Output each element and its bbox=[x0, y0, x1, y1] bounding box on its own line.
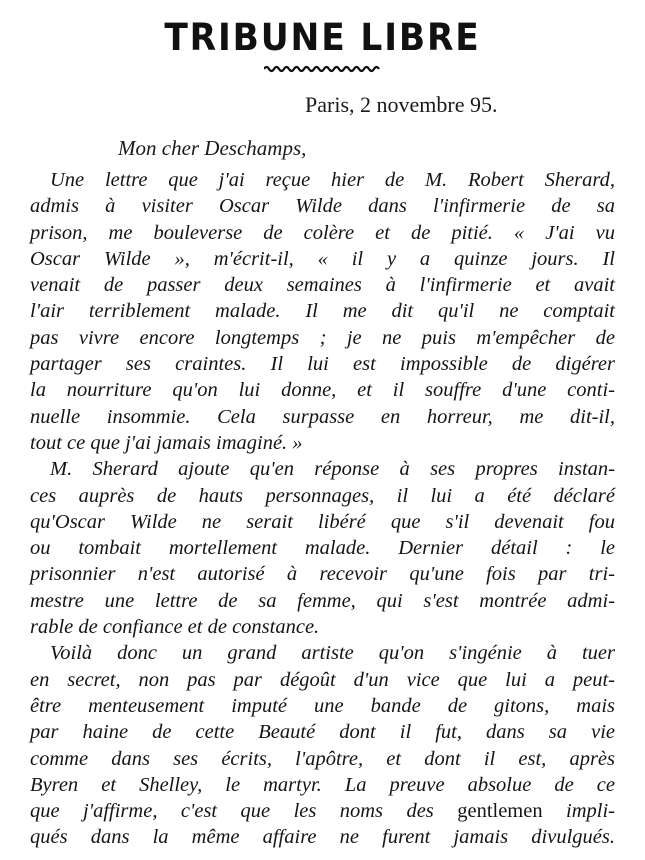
text-line: venait de passer deux semaines à l'infir… bbox=[30, 272, 615, 298]
text-line: ou tombait mortellement malade. Dernier … bbox=[30, 535, 615, 561]
text-line: être menteusement imputé une bande de gi… bbox=[30, 693, 615, 719]
dateline: Paris, 2 novembre 95. bbox=[305, 92, 497, 118]
text-line: prisonnier n'est autorisé à recevoir qu'… bbox=[30, 561, 615, 587]
text-line: prison, me bouleverse de colère et de pi… bbox=[30, 220, 615, 246]
text-line: Voilà donc un grand artiste qu'on s'ingé… bbox=[30, 640, 615, 666]
text-line: partager ses craintes. Il lui est imposs… bbox=[30, 351, 615, 377]
text-line: Une lettre que j'ai reçue hier de M. Rob… bbox=[30, 167, 615, 193]
roman-word: gentlemen bbox=[457, 800, 542, 822]
text-line: que j'affirme, c'est que les noms des ge… bbox=[30, 798, 615, 824]
text-line: ces auprès de hauts personnages, il lui … bbox=[30, 483, 615, 509]
text-line: pas vivre encore longtemps ; je ne puis … bbox=[30, 325, 615, 351]
text-segment: que j'affirme, c'est que les noms des bbox=[30, 800, 457, 822]
text-line: Byren et Shelley, le martyr. La preuve a… bbox=[30, 772, 615, 798]
text-line: qués dans la même affaire ne furent jama… bbox=[30, 824, 615, 850]
text-line: qu'Oscar Wilde ne serait libéré que s'il… bbox=[30, 509, 615, 535]
text-line: en secret, non pas par dégoût d'un vice … bbox=[30, 667, 615, 693]
text-line: tout ce que j'ai jamais imaginé. » bbox=[30, 430, 615, 456]
text-line: rable de confiance et de constance. bbox=[30, 614, 615, 640]
letter-body: Une lettre que j'ai reçue hier de M. Rob… bbox=[30, 167, 615, 851]
text-line: comme dans ses écrits, l'apôtre, et dont… bbox=[30, 746, 615, 772]
wavy-rule-ornament bbox=[264, 64, 380, 74]
text-line: admis à visiter Oscar Wilde dans l'infir… bbox=[30, 193, 615, 219]
page-title: TRIBUNE LIBRE bbox=[23, 16, 623, 59]
text-line: l'air terriblement malade. Il me dit qu'… bbox=[30, 298, 615, 324]
salutation: Mon cher Deschamps, bbox=[118, 136, 306, 161]
text-segment: impli- bbox=[543, 800, 615, 822]
text-line: la nourriture qu'on lui donne, et il sou… bbox=[30, 377, 615, 403]
text-line: mestre une lettre de sa femme, qui s'est… bbox=[30, 588, 615, 614]
text-line: par haine de cette Beauté dont il fut, d… bbox=[30, 719, 615, 745]
text-line: Oscar Wilde », m'écrit-il, « il y a quin… bbox=[30, 246, 615, 272]
text-line: nuelle insommie. Cela surpasse en horreu… bbox=[30, 404, 615, 430]
text-line: M. Sherard ajoute qu'en réponse à ses pr… bbox=[30, 456, 615, 482]
